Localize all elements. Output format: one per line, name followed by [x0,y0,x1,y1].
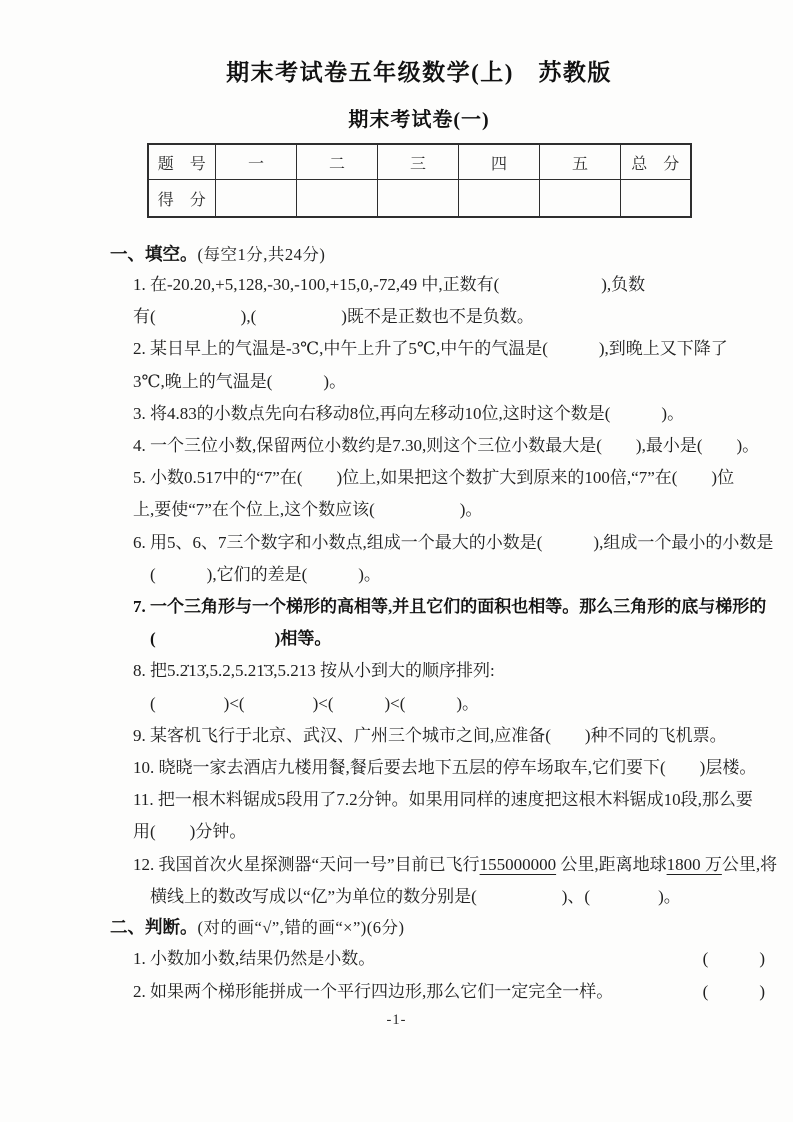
q12-text-mid: 公里,距离地球 [556,855,667,874]
q2-line1: 2. 某日早上的气温是-3℃,中午上升了5℃,中午的气温是( ),到晚上又下降了 [110,333,772,365]
score-cell-4 [459,180,540,218]
q3-line1: 3. 将4.83的小数点先向右移动8位,再向左移动10位,这时这个数是( )。 [110,398,772,430]
score-cell-3 [378,180,459,218]
section1-title: 一、填空。 [110,244,198,264]
judgment-q1-text: 1. 小数加小数,结果仍然是小数。 [133,942,375,975]
q11-line2: 用( )分钟。 [110,816,772,848]
q1-line2: 有( ),( )既不是正数也不是负数。 [110,301,772,333]
q6-line2: ( ),它们的差是( )。 [110,559,772,591]
paper-header: 期末考试卷五年级数学(上) 苏教版 期末考试卷(一) 题 号 一 二 三 四 五… [0,0,793,218]
q11-line1: 11. 把一根木料锯成5段用了7.2分钟。如果用同样的速度把这根木料锯成10段,… [110,784,772,816]
score-table-score-row: 得 分 [148,180,691,218]
q8-line2: ( )<( )<( )<( )。 [110,688,772,720]
q5-line2: 上,要使“7”在个位上,这个数应该( )。 [110,494,772,526]
q8-line1: 8. 把5.2̇13̇,5.2,5.21̇3̇,5.213 按从小到大的顺序排列… [110,655,772,687]
q12-underlined-number-1: 155000000 [480,855,557,874]
score-col-2: 二 [297,144,378,180]
q10-line1: 10. 晓晓一家去酒店九楼用餐,餐后要去地下五层的停车场取车,它们要下( )层楼… [110,752,772,784]
score-col-1: 一 [216,144,297,180]
score-cell-1 [216,180,297,218]
page-title: 期末考试卷五年级数学(上) 苏教版 [45,0,793,89]
score-cell-total [621,180,691,218]
page-number: -1- [0,1012,793,1029]
score-table: 题 号 一 二 三 四 五 总 分 得 分 [147,143,692,218]
score-cell-2 [297,180,378,218]
section2-title: 二、判断。 [110,917,198,937]
q2-line2: 3℃,晚上的气温是( )。 [110,366,772,398]
q1-line1: 1. 在-20.20,+5,128,-30,-100,+15,0,-72,49 … [110,269,772,301]
section2-heading: 二、判断。(对的画“√”,错的画“×”)(6分) [110,913,772,942]
judgment-q2-text: 2. 如果两个梯形能拼成一个平行四边形,那么它们一定完全一样。 [133,975,613,1008]
section1-heading: 一、填空。(每空1分,共24分) [110,240,772,269]
q12-text-pre: 12. 我国首次火星探测器“天问一号”目前已飞行 [133,855,480,874]
paper-subtitle: 期末考试卷(一) [45,107,793,133]
score-row-label: 得 分 [148,180,216,218]
q7-line1: 7. 一个三角形与一个梯形的高相等,并且它们的面积也相等。那么三角形的底与梯形的 [110,591,772,623]
score-col-4: 四 [459,144,540,180]
score-cell-5 [540,180,621,218]
q12-line1: 12. 我国首次火星探测器“天问一号”目前已飞行155000000 公里,距离地… [110,849,772,881]
judgment-row-2: 2. 如果两个梯形能拼成一个平行四边形,那么它们一定完全一样。 ( ) [110,975,765,1008]
q9-line1: 9. 某客机飞行于北京、武汉、广州三个城市之间,应准备( )种不同的飞机票。 [110,720,772,752]
exam-paper-page: 期末考试卷五年级数学(上) 苏教版 期末考试卷(一) 题 号 一 二 三 四 五… [0,0,793,1122]
score-col-3: 三 [378,144,459,180]
q12-underlined-number-2: 1800 万 [667,855,722,874]
q6-line1: 6. 用5、6、7三个数字和小数点,组成一个最大的小数是( ),组成一个最小的小… [110,527,772,559]
section2-note: (对的画“√”,错的画“×”)(6分) [198,918,405,937]
q12-line2: 横线上的数改写成以“亿”为单位的数分别是( )、( )。 [110,881,772,913]
paper-body: 一、填空。(每空1分,共24分) 1. 在-20.20,+5,128,-30,-… [110,240,772,1008]
score-header-label: 题 号 [148,144,216,180]
q12-text-post: 公里,将 [722,855,777,874]
score-col-total: 总 分 [621,144,691,180]
judgment-q1-answer-bracket: ( ) [703,942,765,975]
score-col-5: 五 [540,144,621,180]
q7-line2: ( )相等。 [110,623,772,655]
score-table-header-row: 题 号 一 二 三 四 五 总 分 [148,144,691,180]
judgment-q2-answer-bracket: ( ) [703,975,765,1008]
q5-line1: 5. 小数0.517中的“7”在( )位上,如果把这个数扩大到原来的100倍,“… [110,462,772,494]
judgment-row-1: 1. 小数加小数,结果仍然是小数。 ( ) [110,942,765,975]
section1-note: (每空1分,共24分) [198,245,326,264]
q4-line1: 4. 一个三位小数,保留两位小数约是7.30,则这个三位小数最大是( ),最小是… [110,430,772,462]
